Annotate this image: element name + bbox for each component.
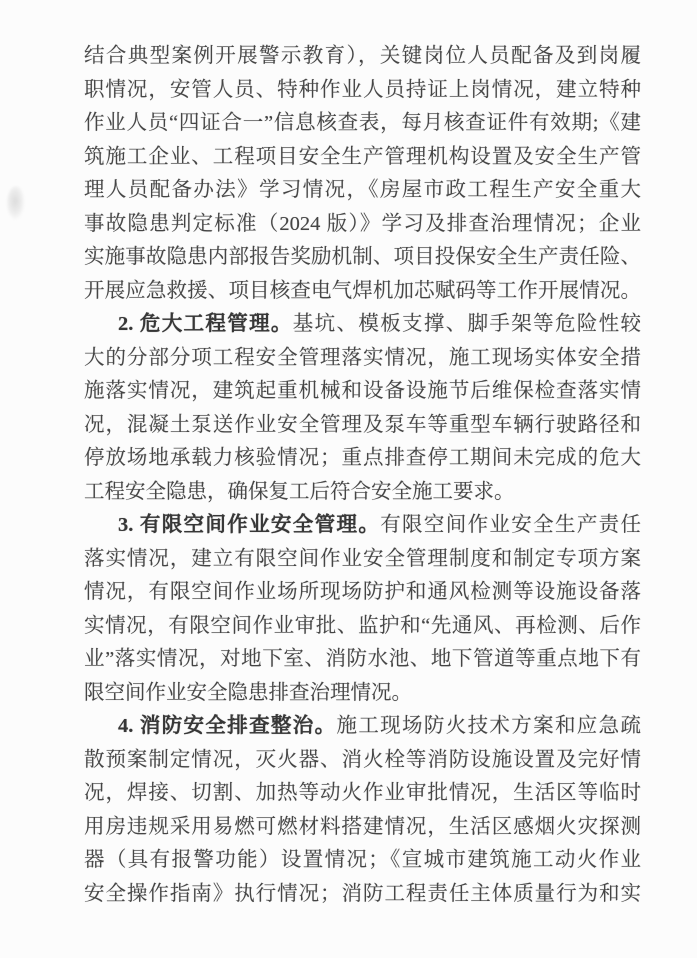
- text-line: 开展应急救援、项目核查电气焊机加芯赋码等工作开展情况。: [84, 275, 641, 309]
- paragraph-item-4-fire-safety: 4. 消防安全排查整治。施工现场防火技术方案和应急疏散预案制定情况，灭火器、消火…: [84, 710, 641, 911]
- paragraph-item-3-confined-space: 3. 有限空间作业安全管理。有限空间作业安全生产责任落实情况，建立有限空间作业安…: [84, 509, 641, 710]
- paragraph-item-1-continuation: 结合典型案例开展警示教育），关键岗位人员配备及到岗履职情况，安管人员、特种作业人…: [84, 40, 641, 308]
- text-line: 施落实情况，建筑起重机械和设备设施节后维保检查落实情: [84, 375, 641, 409]
- text-line: 筑施工企业、工程项目安全生产管理机构设置及安全生产管: [84, 141, 641, 175]
- item-heading: 4. 消防安全排查整治。: [118, 715, 336, 737]
- text-line: 散预案制定情况，灭火器、消火栓等消防设施设置及完好情: [84, 744, 641, 778]
- text-line: 用房违规采用易燃可燃材料搭建情况，生活区感烟火灾探测: [84, 811, 641, 845]
- text-line: 2. 危大工程管理。基坑、模板支撑、脚手架等危险性较: [84, 308, 641, 342]
- text-line: 器（具有报警功能）设置情况；《宣城市建筑施工动火作业: [84, 844, 641, 878]
- scanned-document-page: 结合典型案例开展警示教育），关键岗位人员配备及到岗履职情况，安管人员、特种作业人…: [0, 0, 697, 958]
- text-line: 理人员配备办法》学习情况，《房屋市政工程生产安全重大: [84, 174, 641, 208]
- text-line: 落实情况，建立有限空间作业安全管理制度和制定专项方案: [84, 543, 641, 577]
- text-line: 况，焊接、切割、加热等动火作业审批情况，生活区等临时: [84, 777, 641, 811]
- text-line: 大的分部分项工程安全管理落实情况，施工现场实体安全措: [84, 342, 641, 376]
- text-line: 职情况，安管人员、特种作业人员持证上岗情况，建立特种: [84, 74, 641, 108]
- text-line: 3. 有限空间作业安全管理。有限空间作业安全生产责任: [84, 509, 641, 543]
- item-heading: 2. 危大工程管理。: [118, 313, 293, 335]
- text-line: 业”落实情况，对地下室、消防水池、地下管道等重点地下有: [84, 643, 641, 677]
- text-line: 事故隐患判定标准（2024 版）》学习及排查治理情况；企业: [84, 208, 641, 242]
- text-line: 4. 消防安全排查整治。施工现场防火技术方案和应急疏: [84, 710, 641, 744]
- paragraph-item-2-dangerous-projects: 2. 危大工程管理。基坑、模板支撑、脚手架等危险性较大的分部分项工程安全管理落实…: [84, 308, 641, 509]
- text-line: 实情况，有限空间作业审批、监护和“先通风、再检测、后作: [84, 610, 641, 644]
- text-line: 结合典型案例开展警示教育），关键岗位人员配备及到岗履: [84, 40, 641, 74]
- text-line: 工程安全隐患，确保复工后符合安全施工要求。: [84, 476, 641, 510]
- text-line: 停放场地承载力核验情况；重点排查停工期间未完成的危大: [84, 442, 641, 476]
- text-line: 情况，有限空间作业场所现场防护和通风检测等设施设备落: [84, 576, 641, 610]
- text-line: 限空间作业安全隐患排查治理情况。: [84, 677, 641, 711]
- text-line: 况，混凝土泵送作业安全管理及泵车等重型车辆行驶路径和: [84, 409, 641, 443]
- text-column: 结合典型案例开展警示教育），关键岗位人员配备及到岗履职情况，安管人员、特种作业人…: [84, 40, 641, 911]
- item-heading: 3. 有限空间作业安全管理。: [118, 514, 380, 536]
- text-line: 实施事故隐患内部报告奖励机制、项目投保安全生产责任险、: [84, 241, 641, 275]
- text-line: 作业人员“四证合一”信息核查表，每月核查证件有效期;《建: [84, 107, 641, 141]
- scan-smudge-artifact: [7, 186, 25, 220]
- text-line: 安全操作指南》执行情况；消防工程责任主体质量行为和实: [84, 878, 641, 912]
